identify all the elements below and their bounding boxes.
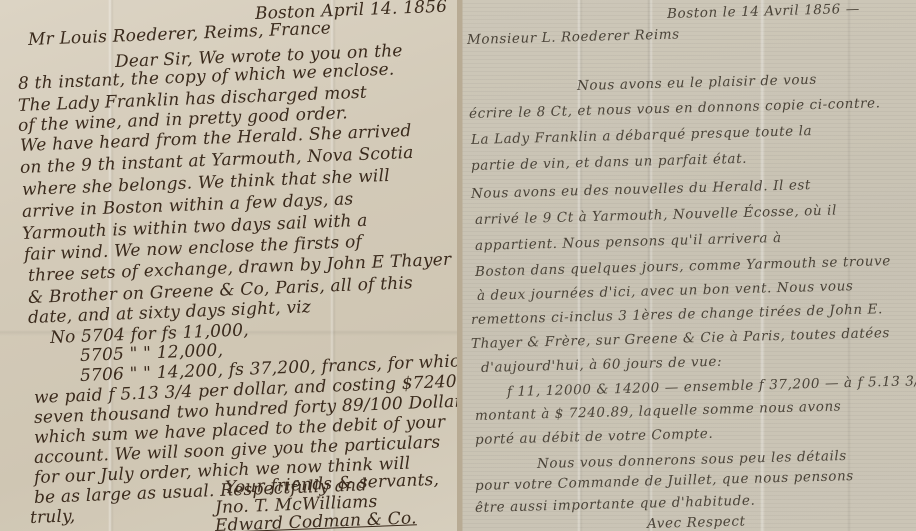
french-line: Nous avons eu le plaisir de vous	[577, 72, 817, 94]
french-line: arrivé le 9 Ct à Yarmouth, Nouvelle Écos…	[475, 203, 837, 228]
french-line: Boston dans quelques jours, comme Yarmou…	[475, 253, 891, 280]
french-addressee: Monsieur L. Roederer Reims	[467, 26, 680, 48]
french-line: Thayer & Frère, sur Greene & Cie à Paris…	[471, 325, 890, 352]
french-line: pour votre Commande de Juillet, que nous…	[475, 468, 854, 494]
english-line: truly,	[30, 506, 76, 528]
french-dateline: Boston le 14 Avril 1856 —	[667, 1, 860, 22]
french-closing: Avec Respect	[647, 513, 746, 531]
french-line: d'aujourd'hui, à 60 jours de vue:	[481, 354, 723, 376]
french-line: partie de vin, et dans un parfait état.	[471, 151, 747, 174]
french-amount-line: f 11, 12000 & 14200 — ensemble f 37,200 …	[507, 371, 916, 400]
french-line: être aussi importante que d'habitude.	[475, 493, 756, 516]
french-line: Nous avons eu des nouvelles du Herald. I…	[471, 177, 811, 202]
english-letter-page: Boston April 14. 1856 Mr Louis Roederer,…	[0, 0, 457, 531]
french-line: montant à $ 7240.89, laquelle somme nous…	[475, 398, 842, 424]
french-line: Nous vous donnerons sous peu les détails	[537, 448, 847, 472]
french-line: porté au débit de votre Compte.	[475, 426, 714, 448]
french-line: La Lady Franklin a débarqué presque tout…	[471, 123, 813, 148]
french-line: appartient. Nous pensons qu'il arrivera …	[475, 230, 782, 254]
french-line: à deux journées d'ici, avec un bon vent.…	[477, 278, 854, 304]
french-line: écrire le 8 Ct, et nous vous en donnons …	[469, 95, 881, 122]
french-letter-page: Boston le 14 Avril 1856 — Monsieur L. Ro…	[457, 0, 916, 531]
french-line: remettons ci-inclus 3 1ères de change ti…	[471, 301, 883, 328]
